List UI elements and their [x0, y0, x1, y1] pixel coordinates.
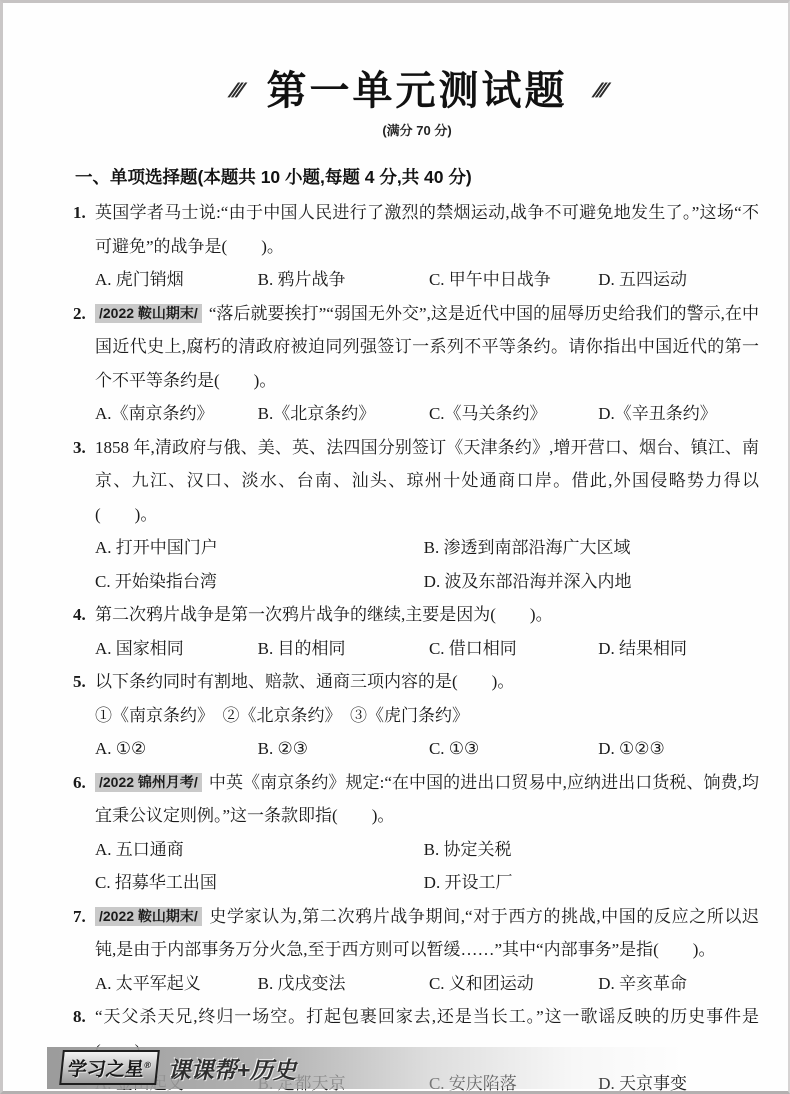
option: A. 打开中国门户 — [95, 531, 424, 565]
question-number: 4. — [73, 598, 86, 632]
question-stem: 1858 年,清政府与俄、美、英、法四国分别签订《天津条约》,增开营口、烟台、镇… — [95, 438, 759, 524]
option: B. ②③ — [258, 732, 429, 766]
options-row: A. 虎门销烟B. 鸦片战争C. 甲午中日战争D. 五四运动 — [95, 263, 759, 297]
question-text: /2022 鞍山期末/“落后就要挨打”“弱国无外交”,这是近代中国的屈辱历史给我… — [95, 297, 759, 398]
question-source-tag: /2022 鞍山期末/ — [95, 304, 202, 323]
option: D. 辛亥革命 — [598, 967, 759, 1001]
question-stem: 英国学者马士说:“由于中国人民进行了激烈的禁烟运动,战争不可避免地发生了。”这场… — [95, 203, 759, 256]
question-number: 1. — [73, 196, 86, 230]
option: A. 太平军起义 — [95, 967, 258, 1001]
options-row: A. 国家相同B. 目的相同C. 借口相同D. 结果相同 — [95, 632, 759, 666]
title-decoration-left-icon: /// — [226, 80, 244, 103]
question-block: 5. 以下条约同时有割地、赔款、通商三项内容的是( )。 ①《南京条约》 ②《北… — [75, 665, 759, 766]
brand-logo: 学习之星® — [59, 1050, 159, 1085]
question-text: /2022 鞍山期末/史学家认为,第二次鸦片战争期间,“对于西方的挑战,中国的反… — [95, 900, 759, 967]
options-row: A.《南京条约》B.《北京条约》C.《马关条约》D.《辛丑条约》 — [95, 397, 759, 431]
registered-mark: ® — [144, 1060, 152, 1070]
option: D. ①②③ — [598, 732, 759, 766]
question-number: 5. — [73, 665, 86, 699]
title-decoration-right-icon: /// — [590, 80, 608, 103]
option: C. 义和团运动 — [429, 967, 598, 1001]
options-row: A. 五口通商B. 协定关税C. 招募华工出国D. 开设工厂 — [95, 833, 759, 900]
question-source-tag: /2022 鞍山期末/ — [95, 907, 202, 926]
test-paper-page: /// 第一单元测试题 /// (满分 70 分) 一、单项选择题(本题共 10… — [0, 0, 790, 1094]
paper-header: /// 第一单元测试题 /// (满分 70 分) — [75, 3, 759, 139]
option: A.《南京条约》 — [95, 397, 258, 431]
option: A. 国家相同 — [95, 632, 258, 666]
page-content: /// 第一单元测试题 /// (满分 70 分) 一、单项选择题(本题共 10… — [75, 3, 759, 1094]
page-title: 第一单元测试题 — [267, 67, 568, 115]
question-number: 2. — [73, 297, 86, 331]
question-source-tag: /2022 锦州月考/ — [95, 773, 202, 792]
question-number: 6. — [73, 766, 86, 800]
footer-logo-strip: 学习之星® 课课帮+历史 — [47, 1047, 687, 1089]
question-subitems: ①《南京条约》 ②《北京条约》 ③《虎门条约》 — [95, 699, 759, 733]
option: A. 虎门销烟 — [95, 263, 258, 297]
question-text: 1858 年,清政府与俄、美、英、法四国分别签订《天津条约》,增开营口、烟台、镇… — [95, 431, 759, 532]
question-text: 英国学者马士说:“由于中国人民进行了激烈的禁烟运动,战争不可避免地发生了。”这场… — [95, 196, 759, 263]
options-row: A. ①②B. ②③C. ①③D. ①②③ — [95, 732, 759, 766]
option: B. 协定关税 — [424, 833, 759, 867]
option: B. 鸦片战争 — [258, 263, 429, 297]
option: D. 结果相同 — [598, 632, 759, 666]
question-text: 以下条约同时有割地、赔款、通商三项内容的是( )。 — [95, 665, 759, 699]
option: A. 五口通商 — [95, 833, 424, 867]
option: B.《北京条约》 — [258, 397, 429, 431]
section-heading: 一、单项选择题(本题共 10 小题,每题 4 分,共 40 分) — [75, 161, 759, 194]
option: C.《马关条约》 — [429, 397, 598, 431]
option: B. 渗透到南部沿海广大区域 — [424, 531, 759, 565]
options-row: A. 太平军起义B. 戊戌变法C. 义和团运动D. 辛亥革命 — [95, 967, 759, 1001]
option: D. 五四运动 — [598, 263, 759, 297]
question-text: 第二次鸦片战争是第一次鸦片战争的继续,主要是因为( )。 — [95, 598, 759, 632]
question-number: 8. — [73, 1000, 86, 1034]
option: C. 甲午中日战争 — [429, 263, 598, 297]
question-block: 2. /2022 鞍山期末/“落后就要挨打”“弱国无外交”,这是近代中国的屈辱历… — [75, 297, 759, 431]
option: D.《辛丑条约》 — [598, 397, 759, 431]
brand-name: 学习之星 — [67, 1060, 145, 1081]
total-score-subtitle: (满分 70 分) — [75, 120, 759, 139]
question-block: 1. 英国学者马士说:“由于中国人民进行了激烈的禁烟运动,战争不可避免地发生了。… — [75, 196, 759, 297]
option: A. ①② — [95, 732, 258, 766]
option: C. ①③ — [429, 732, 598, 766]
series-title: 课课帮+历史 — [168, 1052, 296, 1085]
option: C. 借口相同 — [429, 632, 598, 666]
question-list: 1. 英国学者马士说:“由于中国人民进行了激烈的禁烟运动,战争不可避免地发生了。… — [75, 196, 759, 1094]
title-line: /// 第一单元测试题 /// — [75, 67, 759, 115]
question-number: 3. — [73, 431, 86, 465]
option: D. 波及东部沿海并深入内地 — [424, 565, 759, 599]
option: D. 开设工厂 — [424, 866, 759, 900]
question-block: 4. 第二次鸦片战争是第一次鸦片战争的继续,主要是因为( )。 A. 国家相同B… — [75, 598, 759, 665]
question-block: 6. /2022 锦州月考/中英《南京条约》规定:“在中国的进出口贸易中,应纳进… — [75, 766, 759, 900]
question-block: 3. 1858 年,清政府与俄、美、英、法四国分别签订《天津条约》,增开营口、烟… — [75, 431, 759, 599]
question-text: /2022 锦州月考/中英《南京条约》规定:“在中国的进出口贸易中,应纳进出口货… — [95, 766, 759, 833]
question-stem: 以下条约同时有割地、赔款、通商三项内容的是( )。 — [95, 672, 514, 691]
options-row: A. 打开中国门户B. 渗透到南部沿海广大区域C. 开始染指台湾D. 波及东部沿… — [95, 531, 759, 598]
option: C. 招募华工出国 — [95, 866, 424, 900]
question-stem: 第二次鸦片战争是第一次鸦片战争的继续,主要是因为( )。 — [95, 605, 553, 624]
option: B. 目的相同 — [258, 632, 429, 666]
question-block: 7. /2022 鞍山期末/史学家认为,第二次鸦片战争期间,“对于西方的挑战,中… — [75, 900, 759, 1001]
option: C. 开始染指台湾 — [95, 565, 424, 599]
question-number: 7. — [73, 900, 86, 934]
option: B. 戊戌变法 — [258, 967, 429, 1001]
